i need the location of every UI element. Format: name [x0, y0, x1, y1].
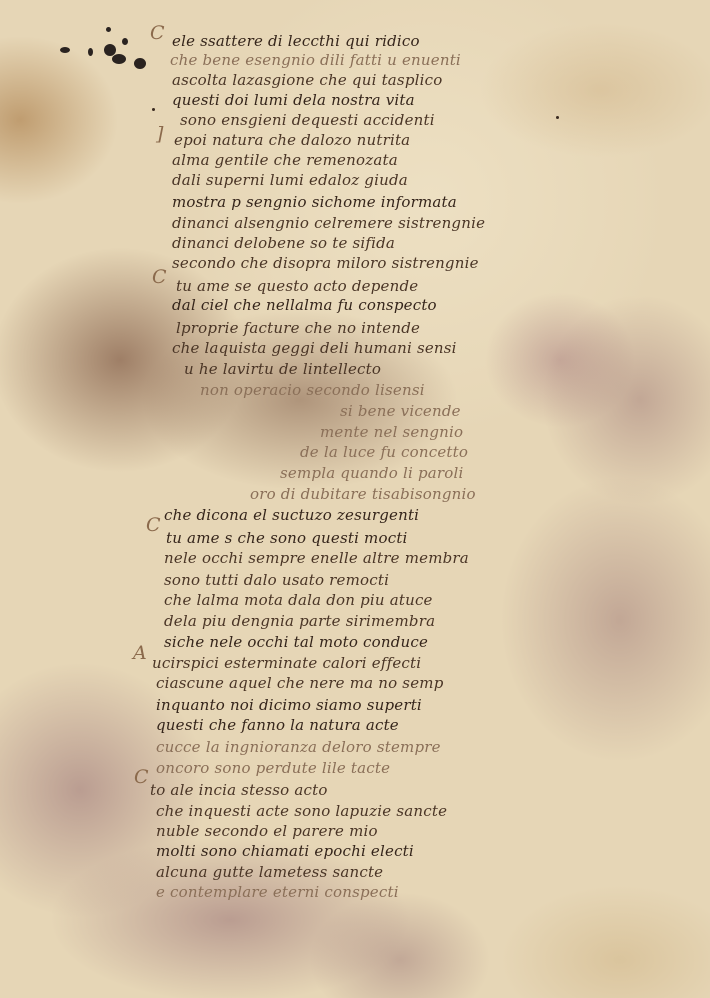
manuscript-line: ele ssattere di leccthi qui ridico — [172, 32, 420, 50]
manuscript-line: ucirspici esterminate calori effecti — [152, 654, 421, 672]
manuscript-line: u he lavirtu de lintellecto — [184, 360, 381, 378]
manuscript-line: questi doi lumi dela nostra vita — [172, 91, 415, 109]
manuscript-line: cucce la ingnioranza deloro stempre — [156, 738, 441, 756]
manuscript-line: oncoro sono perdute lile tacte — [156, 759, 390, 777]
manuscript-line: inquanto noi dicimo siamo superti — [156, 696, 422, 714]
manuscript-line: alcuna gutte lametess sancte — [156, 863, 383, 881]
manuscript-line: epoi natura che dalozo nutrita — [174, 131, 410, 149]
manuscript-line: nuble secondo el parere mio — [156, 822, 378, 840]
manuscript-page: C]CCACele ssattere di leccthi qui ridico… — [0, 0, 710, 998]
manuscript-line: si bene vicende — [340, 402, 461, 420]
decorated-initial: C — [134, 766, 149, 788]
manuscript-line: dinanci delobene so te sifida — [172, 234, 395, 252]
manuscript-line: alma gentile che remenozata — [172, 151, 398, 169]
manuscript-line: che dicona el suctuzo zesurgenti — [164, 506, 419, 524]
manuscript-line: nele occhi sempre enelle altre membra — [164, 549, 469, 567]
manuscript-line: ascolta lazasgione che qui tasplico — [172, 71, 442, 89]
manuscript-line: non operacio secondo lisensi — [200, 381, 425, 399]
manuscript-line: e contemplare eterni conspecti — [156, 883, 399, 901]
manuscript-line: mente nel sengnio — [320, 423, 463, 441]
manuscript-line: che inquesti acte sono lapuzie sancte — [156, 802, 447, 820]
decorated-initial: C — [150, 22, 165, 44]
manuscript-line: mostra p sengnio sichome informata — [172, 193, 457, 211]
decorated-initial: ] — [156, 123, 163, 145]
decorated-initial: C — [146, 514, 161, 536]
manuscript-line: dela piu dengnia parte sirimembra — [164, 612, 435, 630]
manuscript-line: sempla quando li paroli — [280, 464, 463, 482]
manuscript-line: questi che fanno la natura acte — [156, 716, 399, 734]
manuscript-line: dal ciel che nellalma fu conspecto — [172, 296, 437, 314]
manuscript-line: dinanci alsengnio celremere sistrengnie — [172, 214, 485, 232]
manuscript-line: tu ame s che sono questi mocti — [166, 529, 408, 547]
decorated-initial: A — [133, 642, 147, 664]
manuscript-line: tu ame se questo acto depende — [176, 277, 418, 295]
decorated-initial: C — [152, 266, 167, 288]
manuscript-text: C]CCACele ssattere di leccthi qui ridico… — [0, 0, 710, 998]
manuscript-line: che laquista geggi deli humani sensi — [172, 339, 457, 357]
manuscript-line: dali superni lumi edaloz giuda — [172, 171, 408, 189]
manuscript-line: oro di dubitare tisabisongnio — [250, 485, 476, 503]
manuscript-line: siche nele occhi tal moto conduce — [164, 633, 428, 651]
manuscript-line: che lalma mota dala don piu atuce — [164, 591, 433, 609]
manuscript-line: che bene esengnio dili fatti u enuenti — [170, 51, 461, 69]
manuscript-line: molti sono chiamati epochi electi — [156, 842, 414, 860]
manuscript-line: sono ensgieni dequesti accidenti — [180, 111, 435, 129]
manuscript-line: to ale incia stesso acto — [150, 781, 328, 799]
manuscript-line: ciascune aquel che nere ma no semp — [156, 674, 444, 692]
manuscript-line: lproprie facture che no intende — [176, 319, 420, 337]
manuscript-line: sono tutti dalo usato remocti — [164, 571, 389, 589]
manuscript-line: secondo che disopra miloro sistrengnie — [172, 254, 479, 272]
manuscript-line: de la luce fu concetto — [300, 443, 468, 461]
